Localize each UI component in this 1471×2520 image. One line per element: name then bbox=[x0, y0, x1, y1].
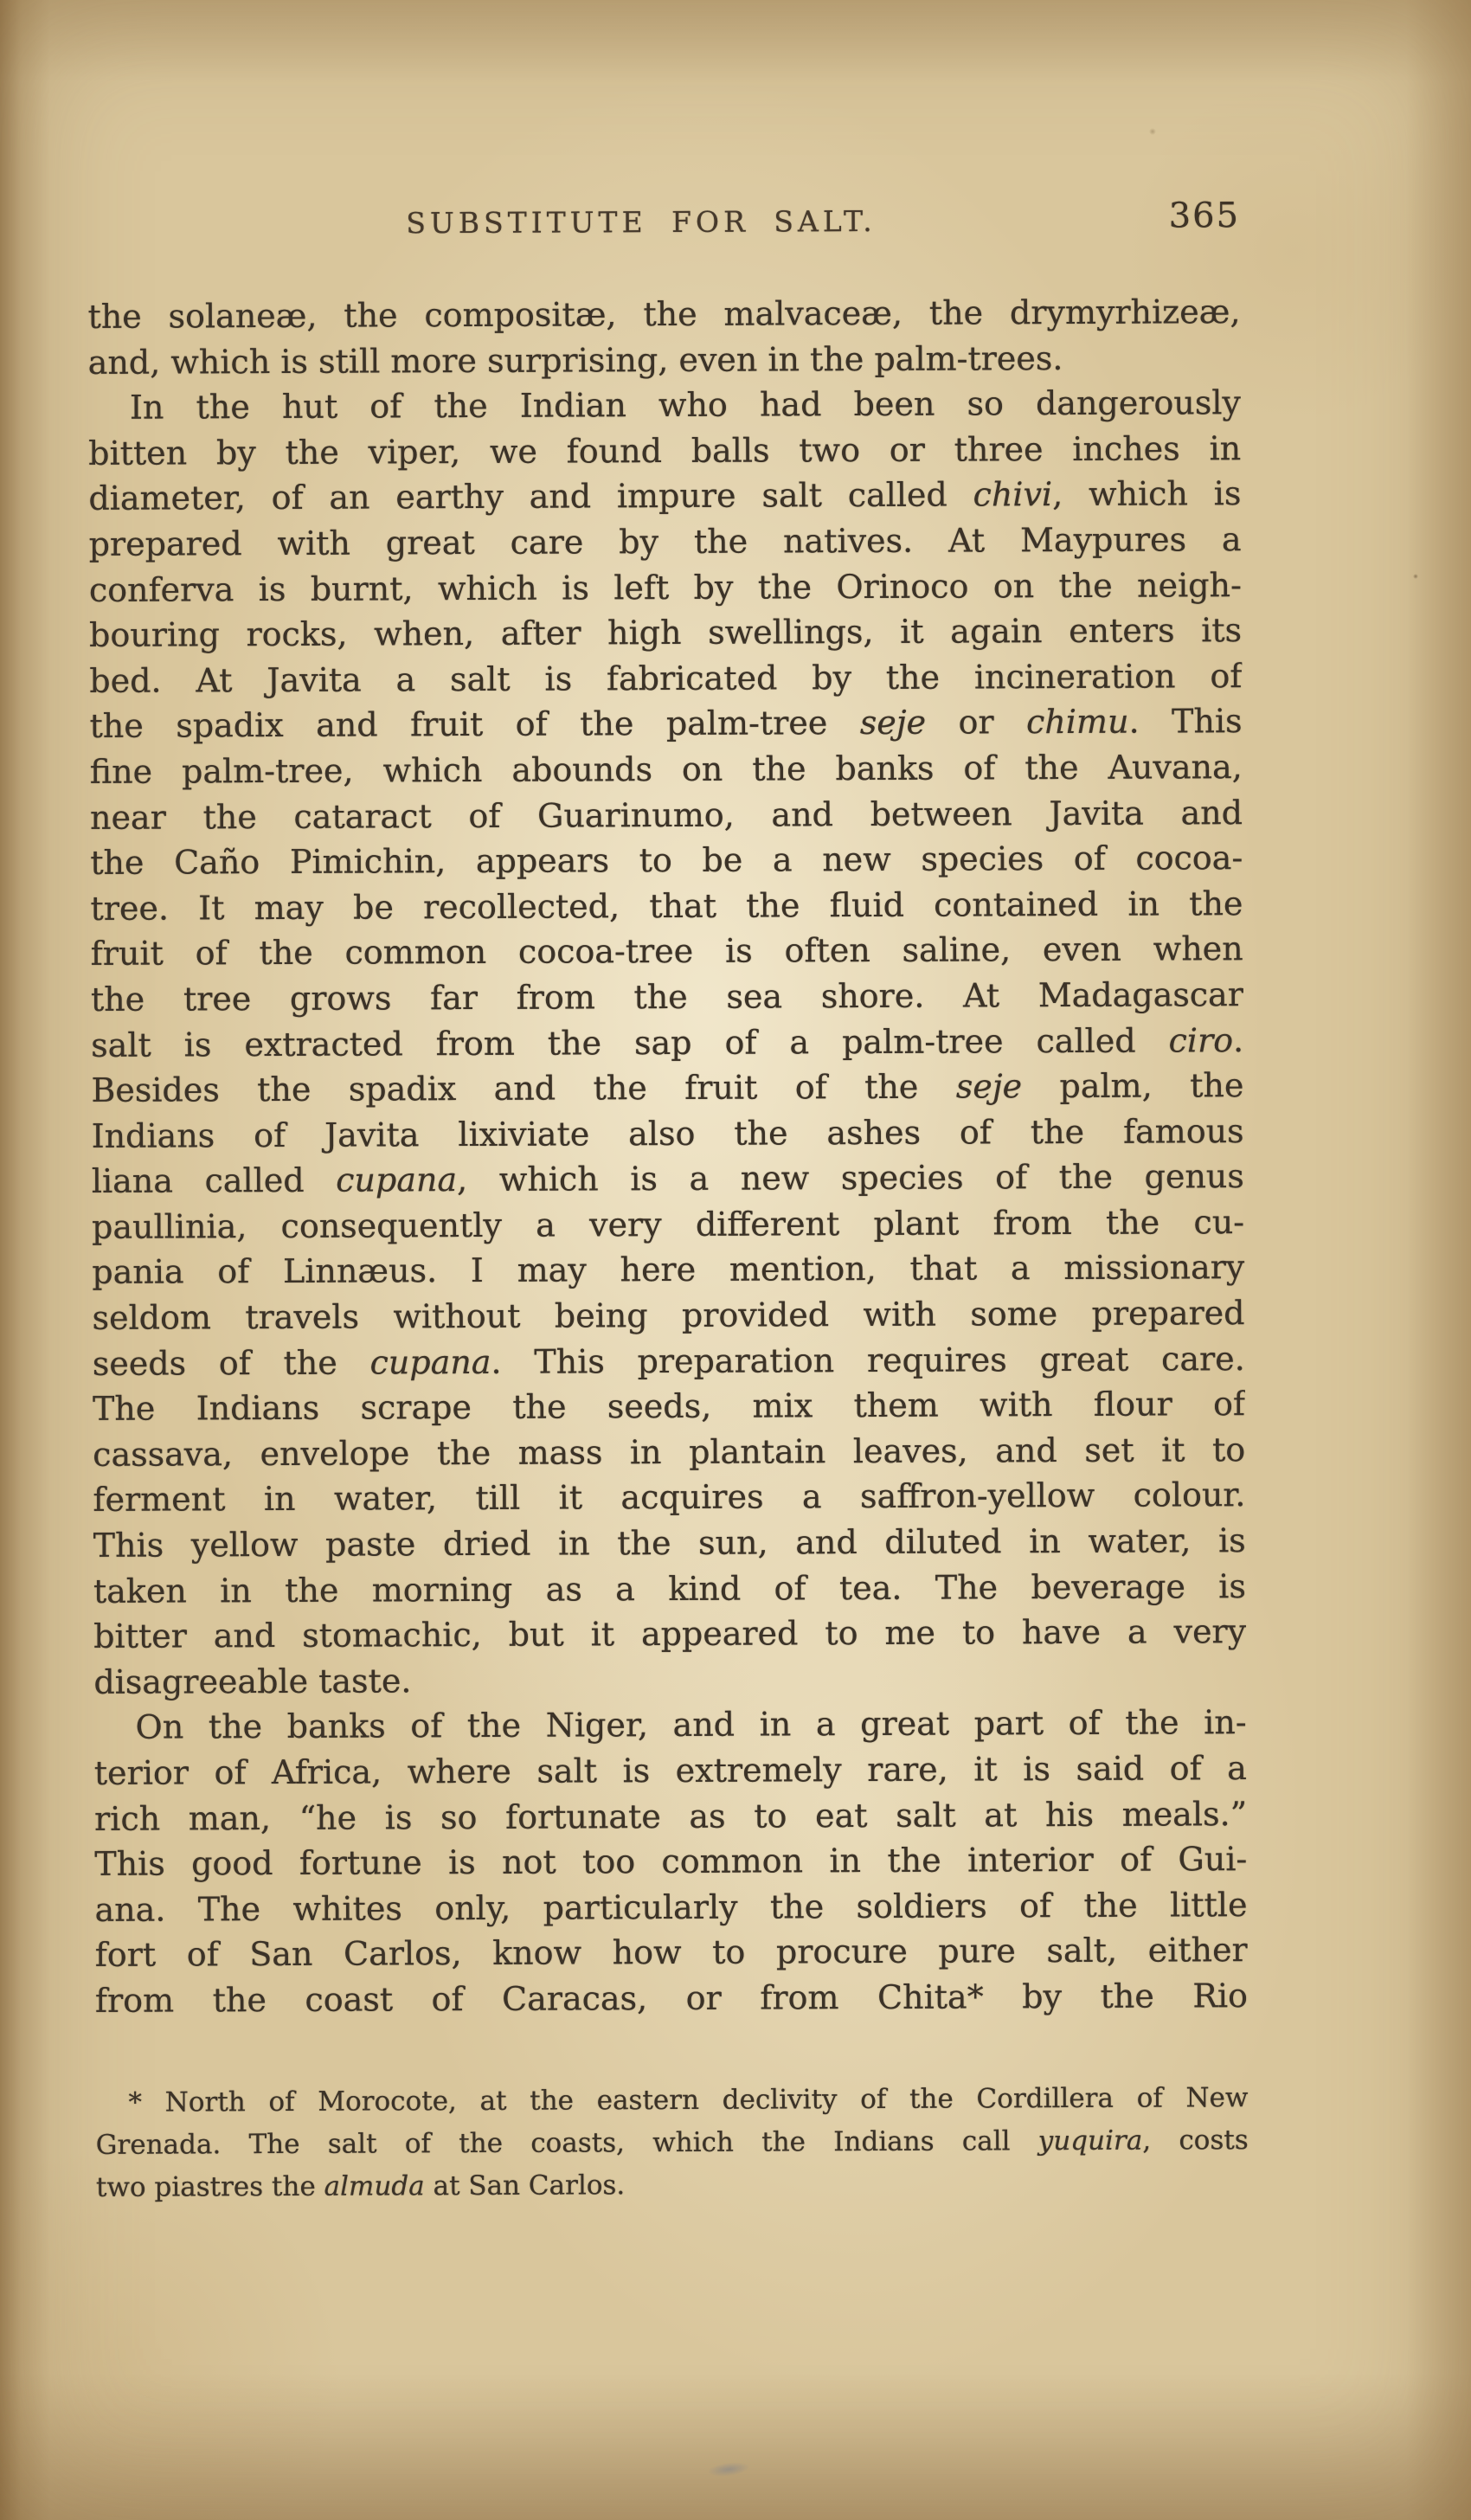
text-line: bitter and stomachic, but it appeared to… bbox=[93, 1609, 1246, 1659]
text-line: On the banks of the Niger, and in a grea… bbox=[94, 1700, 1247, 1750]
text-line: disagreeable taste. bbox=[93, 1655, 1246, 1705]
text-line: bed. At Javita a salt is fabricated by t… bbox=[89, 653, 1242, 704]
text-line: terior of Africa, where salt is extremel… bbox=[94, 1745, 1247, 1796]
page-number: 365 bbox=[1169, 196, 1241, 235]
text-line: near the cataract of Guarinumo, and betw… bbox=[90, 790, 1243, 840]
text-line: rich man, “he is so fortunate as to eat … bbox=[94, 1791, 1247, 1842]
text-line: the Caño Pimichin, appears to be a new s… bbox=[90, 835, 1243, 885]
running-head-title: SUBSTITUTE FOR SALT. bbox=[406, 204, 877, 240]
text-line: the tree grows far from the sea shore. A… bbox=[91, 972, 1243, 1022]
text-line: * North of Morocote, at the eastern decl… bbox=[95, 2077, 1248, 2125]
text-line: fruit of the common cocoa-tree is often … bbox=[91, 926, 1243, 976]
text-line: Besides the spadix and the fruit of the … bbox=[91, 1063, 1243, 1113]
text-line: fine palm-tree, which abounds on the ban… bbox=[90, 744, 1243, 794]
book-page: SUBSTITUTE FOR SALT. 365 the solaneæ, th… bbox=[0, 0, 1471, 2520]
text-line: the spadix and fruit of the palm-tree se… bbox=[89, 698, 1242, 749]
text-line: In the hut of the Indian who had been so… bbox=[88, 380, 1241, 430]
text-line: seldom travels without being provided wi… bbox=[92, 1290, 1244, 1340]
text-line: two piastres the almuda at San Carlos. bbox=[96, 2162, 1249, 2209]
text-line: liana called cupana, which is a new spec… bbox=[92, 1154, 1244, 1204]
body-text: the solaneæ, the compositæ, the malvaceæ… bbox=[87, 289, 1248, 2023]
text-line: and, which is still more surprising, eve… bbox=[88, 335, 1241, 385]
text-line: from the coast of Caracas, or from Chita… bbox=[95, 1973, 1248, 2023]
text-line: Grenada. The salt of the coasts, which t… bbox=[96, 2119, 1249, 2167]
text-line: the solaneæ, the compositæ, the malvaceæ… bbox=[87, 289, 1240, 339]
text-line: This yellow paste dried in the sun, and … bbox=[93, 1518, 1246, 1568]
footnote: * North of Morocote, at the eastern decl… bbox=[95, 2077, 1249, 2209]
text-line: This good fortune is not too common in t… bbox=[94, 1836, 1247, 1887]
text-line: The Indians scrape the seeds, mix them w… bbox=[93, 1381, 1245, 1431]
text-line: tree. It may be recollected, that the fl… bbox=[90, 881, 1243, 931]
text-line: prepared with great care by the natives.… bbox=[89, 517, 1242, 567]
page-header: SUBSTITUTE FOR SALT. 365 bbox=[87, 199, 1240, 246]
text-line: Indians of Javita lixiviate also the ash… bbox=[92, 1109, 1244, 1159]
text-line: conferva is burnt, which is left by the … bbox=[89, 562, 1242, 613]
text-line: paullinia, consequently a very different… bbox=[92, 1199, 1244, 1250]
text-line: bouring rocks, when, after high swelling… bbox=[89, 607, 1242, 658]
text-line: pania of Linnæus. I may here mention, th… bbox=[92, 1245, 1244, 1295]
text-line: cassava, envelope the mass in plantain l… bbox=[93, 1427, 1245, 1477]
text-line: bitten by the viper, we found balls two … bbox=[88, 426, 1241, 476]
text-line: ferment in water, till it acquires a saf… bbox=[93, 1473, 1245, 1523]
text-line: seeds of the cupana. This preparation re… bbox=[93, 1336, 1245, 1386]
text-line: taken in the morning as a kind of tea. T… bbox=[93, 1564, 1246, 1614]
page-content: SUBSTITUTE FOR SALT. 365 the solaneæ, th… bbox=[87, 0, 1250, 2520]
text-line: diameter, of an earthy and impure salt c… bbox=[88, 471, 1241, 521]
text-line: ana. The whites only, particularly the s… bbox=[94, 1882, 1247, 1932]
text-line: fort of San Carlos, know how to procure … bbox=[95, 1927, 1248, 1977]
text-line: salt is extracted from the sap of a palm… bbox=[91, 1018, 1243, 1068]
